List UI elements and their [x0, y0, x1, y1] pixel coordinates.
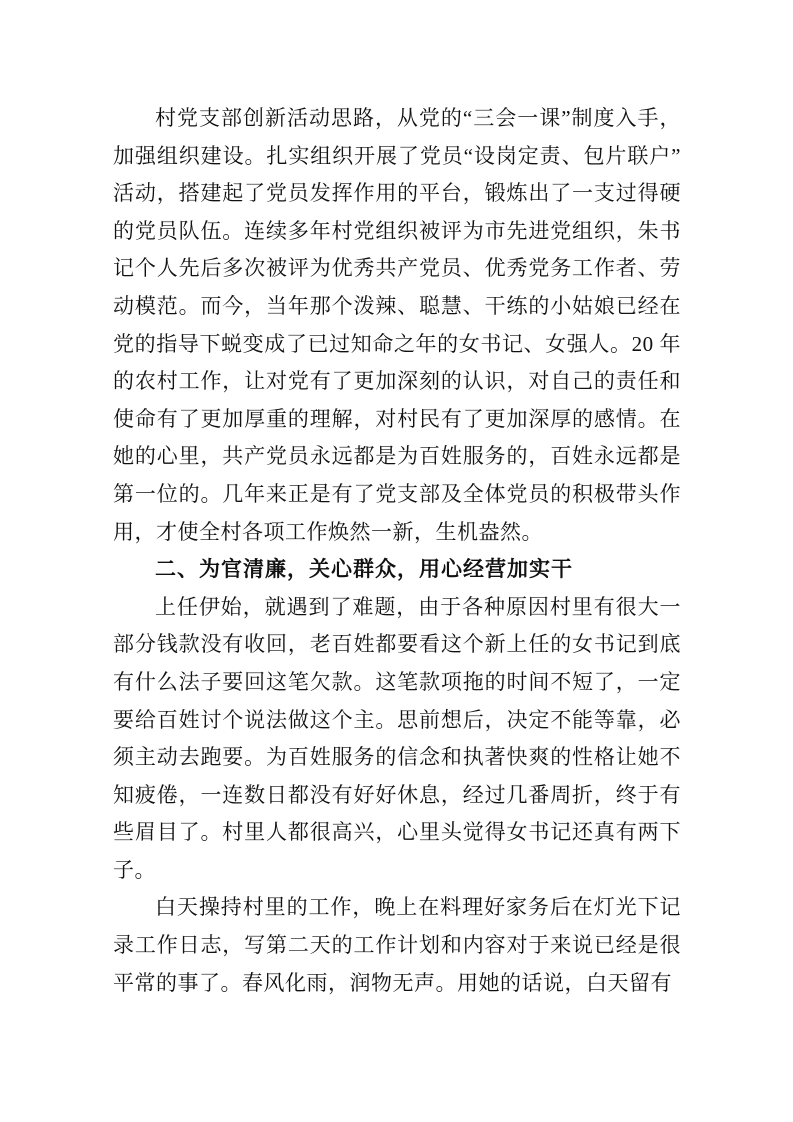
paragraph-party-branch: 村党支部创新活动思路，从党的“三会一课”制度入手，加强组织建设。扎实组织开展了党… — [113, 100, 681, 551]
section-heading-2: 二、为官清廉，关心群众，用心经营加实干 — [113, 551, 681, 589]
paragraph-daily-work: 白天操持村里的工作，晚上在料理好家务后在灯光下记录工作日志，写第二天的工作计划和… — [113, 889, 681, 1002]
document-page: 村党支部创新活动思路，从党的“三会一课”制度入手，加强组织建设。扎实组织开展了党… — [0, 0, 793, 1122]
paragraph-taking-office: 上任伊始，就遇到了难题，由于各种原因村里有很大一部分钱款没有收回，老百姓都要看这… — [113, 589, 681, 890]
